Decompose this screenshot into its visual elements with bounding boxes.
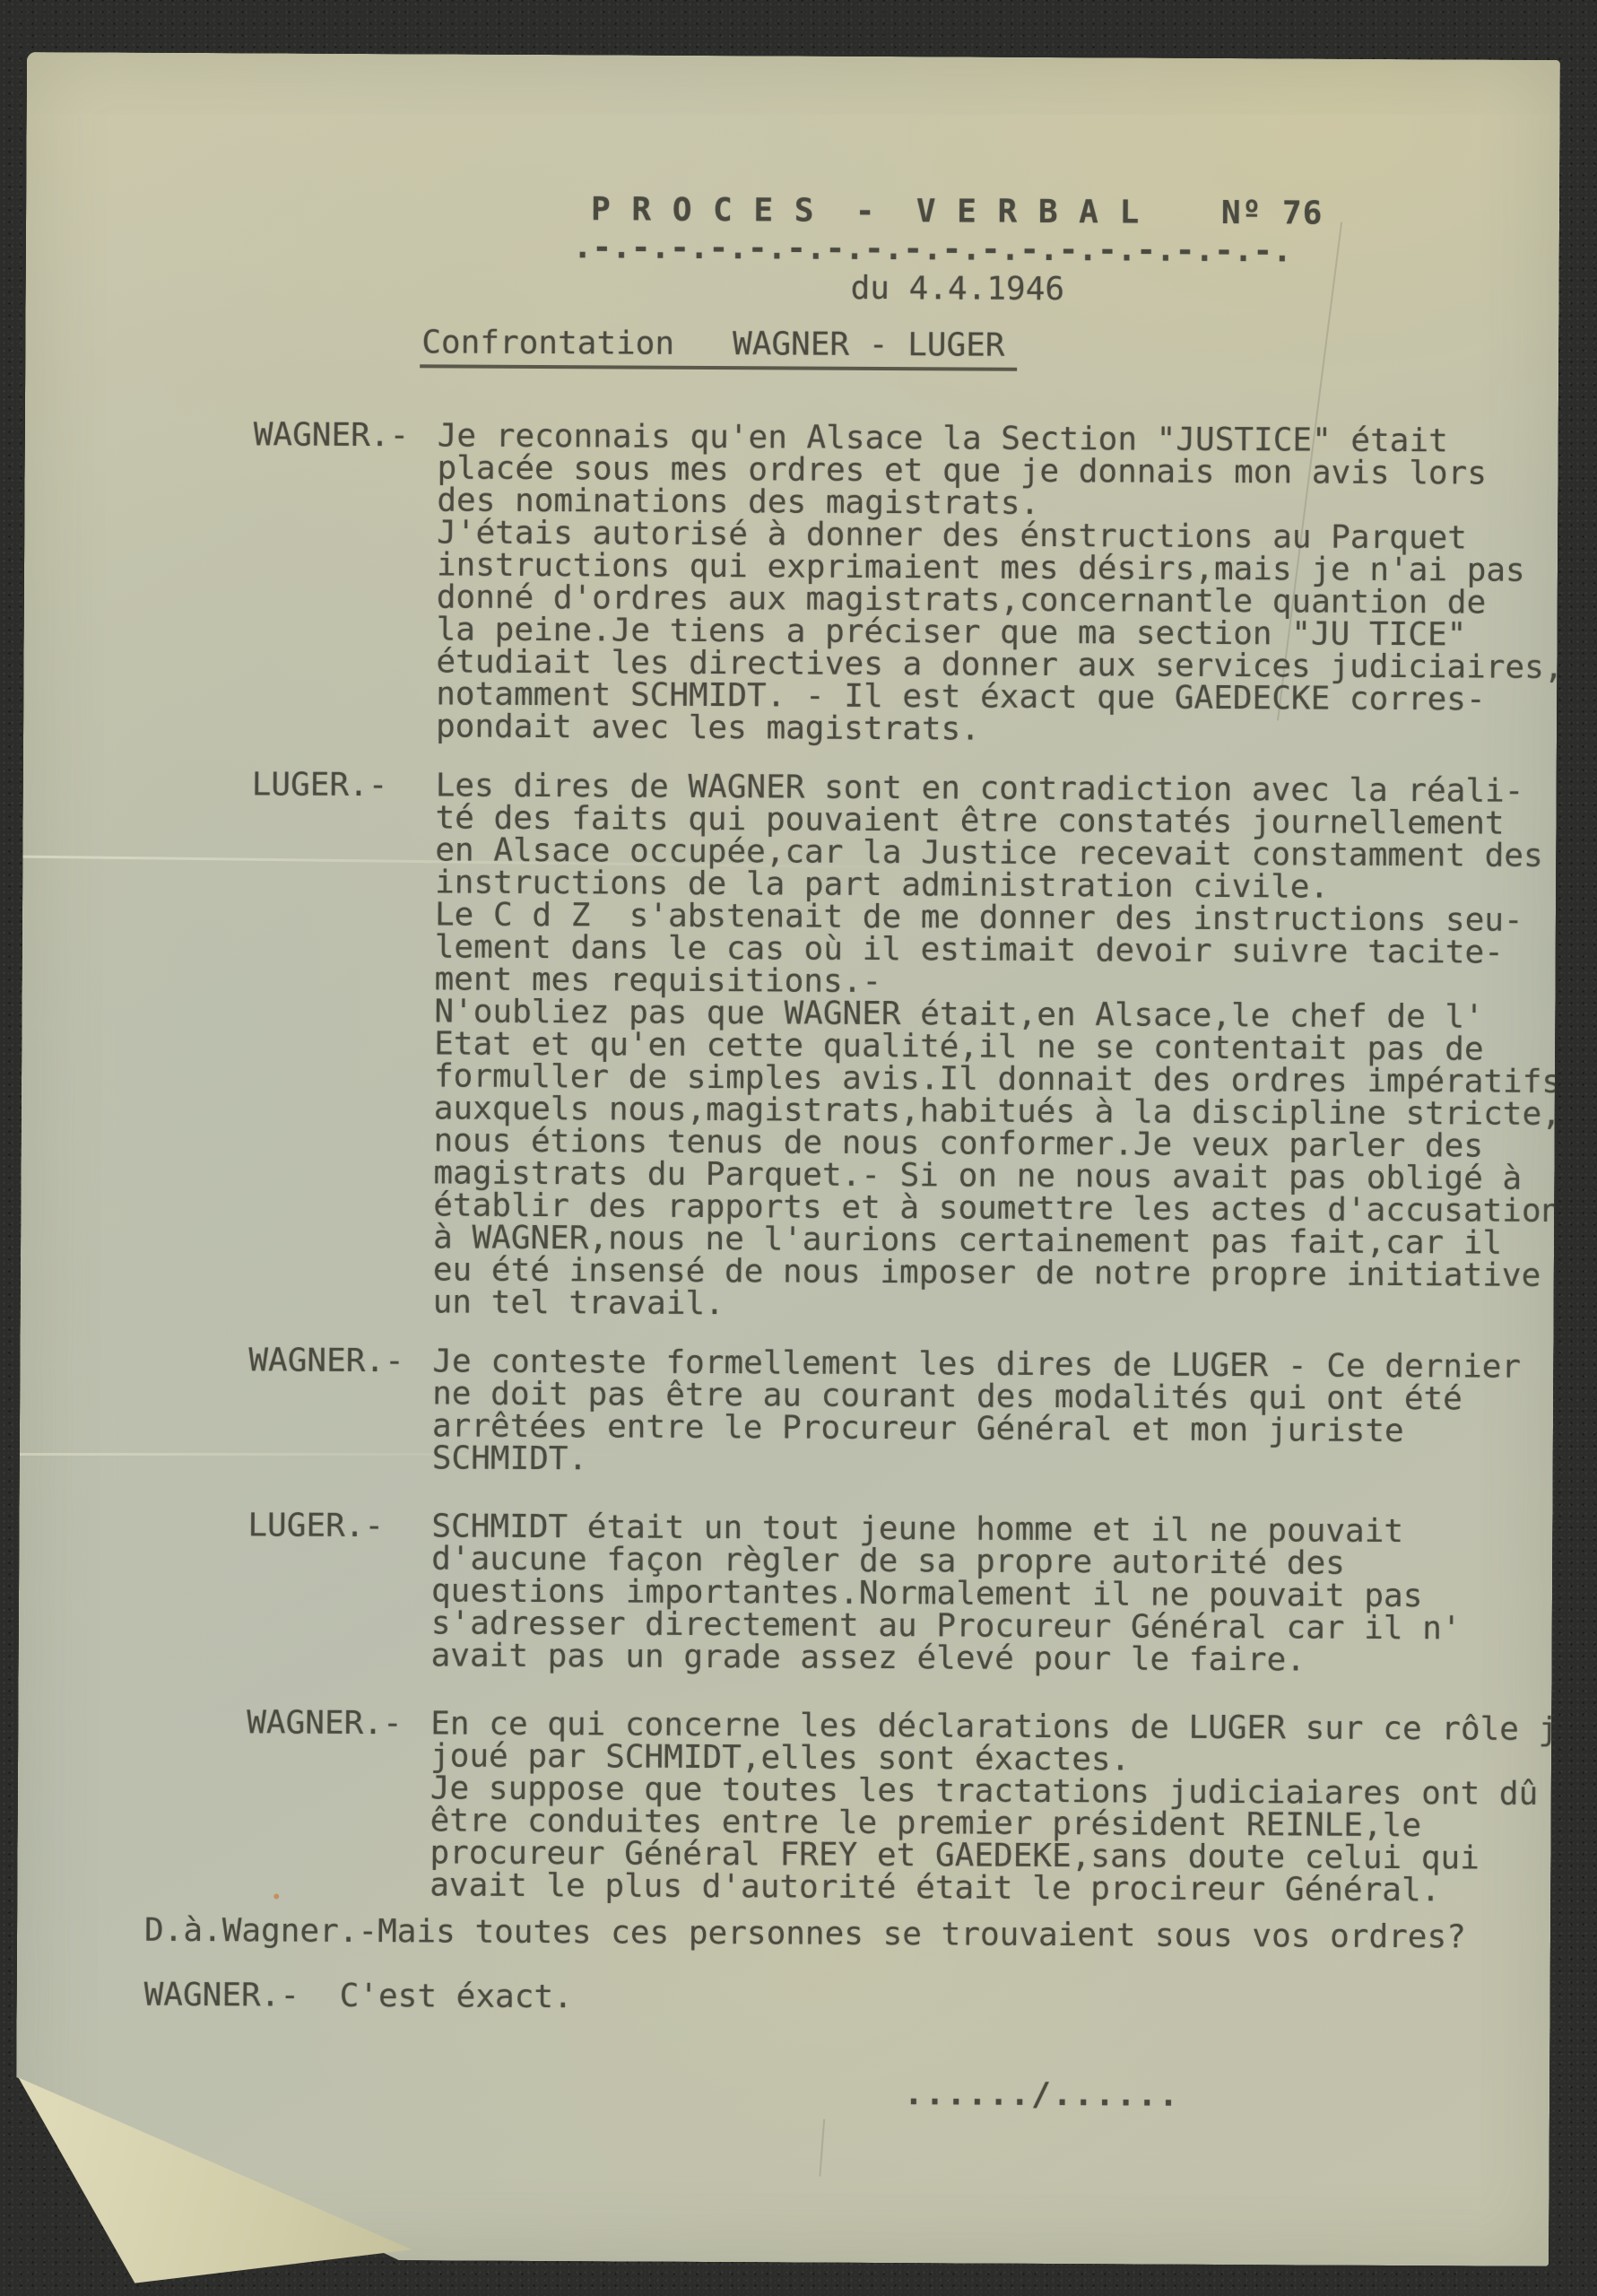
- speaker-label: WAGNER.-: [254, 419, 438, 452]
- dialogue-entries: WAGNER.-Je reconnais qu'en Alsace la Sec…: [144, 419, 1558, 1908]
- utterance-text: Les dires de WAGNER sont en contradictio…: [433, 770, 1560, 1325]
- utterance-text: En ce qui concerne les déclarations de L…: [430, 1708, 1560, 1908]
- speaker-label: WAGNER.-: [144, 1979, 340, 2013]
- continuation-mark: ....../......: [904, 2078, 1549, 2114]
- utterance-text: Je reconnais qu'en Alsace la Section "JU…: [436, 420, 1560, 749]
- answer-row: WAGNER.- C'est éxact.: [144, 1979, 1550, 2019]
- document-date: du 4.4.1946: [851, 273, 1559, 309]
- dialogue-body: WAGNER.-Je reconnais qu'en Alsace la Sec…: [16, 418, 1558, 2114]
- speaker-label: WAGNER.-: [247, 1707, 430, 1740]
- speaker-label: WAGNER.-: [248, 1344, 432, 1378]
- scan-background: P R O C E S - V E R B A L Nº 76 .-.-.-.-…: [0, 0, 1597, 2296]
- utterance-text: Je conteste formellement les dires de LU…: [432, 1345, 1554, 1481]
- document-title: P R O C E S - V E R B A L Nº 76: [591, 194, 1559, 231]
- dialogue-entry: WAGNER.-En ce qui concerne les déclarati…: [246, 1707, 1551, 1908]
- utterance-text: SCHMIDT était un tout jeune homme et il …: [431, 1510, 1553, 1678]
- subject-heading: Confrontation WAGNER - LUGER: [420, 326, 1558, 374]
- speaker-label: LUGER.-: [252, 769, 436, 802]
- utterance-text: C'est éxact.: [340, 1980, 1550, 2019]
- subject-heading-text: Confrontation WAGNER - LUGER: [420, 326, 1017, 370]
- dialogue-entry: LUGER.-SCHMIDT était un tout jeune homme…: [247, 1509, 1553, 1678]
- typed-content: P R O C E S - V E R B A L Nº 76 .-.-.-.-…: [16, 191, 1559, 2114]
- dialogue-entry: LUGER.-Les dires de WAGNER sont en contr…: [249, 769, 1557, 1325]
- scratch-mark: [819, 2119, 825, 2177]
- document-page: P R O C E S - V E R B A L Nº 76 .-.-.-.-…: [15, 52, 1560, 2266]
- dialogue-entry: WAGNER.-Je reconnais qu'en Alsace la Sec…: [252, 419, 1558, 749]
- speaker-label: LUGER.-: [247, 1509, 431, 1543]
- title-rule: .-.-.-.-.-.-.-.-.-.-.-.-.-.-.-.-.-.-.: [573, 231, 1559, 269]
- dialogue-entry: WAGNER.-Je conteste formellement les dir…: [248, 1344, 1554, 1481]
- interrogation-line: D.à.Wagner.-Mais toutes ces personnes se…: [144, 1915, 1550, 1954]
